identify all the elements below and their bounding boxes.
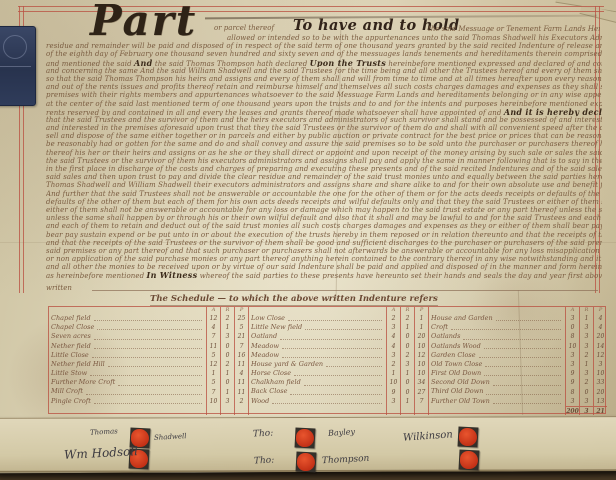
arp-value: 7 [414, 397, 428, 406]
arp-value: 3 [579, 323, 593, 332]
signature: Tho: [254, 455, 275, 466]
parcel-name: Garden Close [428, 351, 565, 360]
parcel-name: House and Garden [428, 314, 565, 323]
arp-value: 1 [220, 369, 234, 378]
arp-value: 10 [414, 369, 428, 378]
arp-value: 4 [386, 342, 400, 351]
arp-value: 9 [386, 388, 400, 397]
parcel-name: Oatlands [428, 332, 565, 341]
schedule-header-row: ARPARPARP [49, 307, 605, 314]
arp-value: 3 [565, 397, 579, 406]
body-line: unless the same shall happen by or throu… [46, 214, 602, 222]
arp-value: 12 [593, 351, 607, 360]
signature: Shadwell [154, 432, 187, 442]
body-line: that the said Trustees and the survivor … [46, 116, 602, 124]
body-line: said sales and then upon trust to pay an… [46, 173, 602, 181]
arp-value: 4 [593, 323, 607, 332]
arp-value [400, 406, 414, 415]
arp-value: 12 [206, 360, 220, 369]
arp-value [386, 406, 400, 415]
arp-value: 2 [400, 351, 414, 360]
parcel-name: Further More Croft [49, 378, 206, 387]
arp-value: 5 [206, 351, 220, 360]
arp-value [234, 406, 248, 415]
arp-value: 20 [593, 332, 607, 341]
arp-value: 16 [234, 351, 248, 360]
arp-value: 10 [414, 342, 428, 351]
arp-value: 34 [414, 378, 428, 387]
arp-value: 1 [579, 360, 593, 369]
spacer [49, 406, 206, 415]
arp-value: 1 [386, 369, 400, 378]
parcel-name: Nether field [49, 342, 206, 351]
parcel-name: Chapel Close [49, 323, 206, 332]
body-line: thereof his her or their heirs and assig… [46, 149, 602, 157]
parcel-name: Back Close [248, 388, 386, 397]
arp-value: 3 [593, 360, 607, 369]
parcel-name: Oatland [248, 332, 386, 341]
parcel-name: Further Old Town [428, 397, 565, 406]
arp-value [206, 406, 220, 415]
arp-value: 1 [414, 314, 428, 323]
body-line: and out of the rents issues and profits … [46, 83, 602, 91]
arp-value: 0 [400, 332, 414, 341]
closing-word: written [46, 284, 72, 292]
parcel-name: House yard & Garden [248, 360, 386, 369]
spacer [248, 307, 386, 314]
arp-column-header: A [386, 307, 400, 314]
parcel-name: Horse Close [248, 369, 386, 378]
deed-body-text: allowed or intended so to be with the ap… [46, 34, 602, 280]
body-line: residue and remainder will be paid and d… [46, 42, 602, 50]
arp-value: 3 [579, 332, 593, 341]
body-line: and interested in the premises aforesaid… [46, 124, 602, 132]
arp-value: 1 [206, 369, 220, 378]
arp-value: 5 [206, 378, 220, 387]
arp-column-header: P [234, 307, 248, 314]
parcel-name: Third Old Down [428, 388, 565, 397]
arp-value: 12 [206, 314, 220, 323]
wax-seal-icon [296, 429, 315, 448]
arp-value: 2 [400, 314, 414, 323]
heading-line-text: the said Messuage or Tenement Farm Lands… [428, 25, 600, 33]
parcel-name: Wood [248, 397, 386, 406]
body-line: in the first place in discharge of the c… [46, 165, 602, 173]
parcel-name: Old Town Close [428, 360, 565, 369]
arp-value: 3 [220, 332, 234, 341]
arp-column-header: R [400, 307, 414, 314]
arp-column-header: R [220, 307, 234, 314]
wax-seal-icon [460, 451, 479, 470]
arp-value: 33 [593, 378, 607, 387]
body-line: allowed or intended so to be with the ap… [46, 34, 602, 42]
body-line: of the eighth day of February one thousa… [46, 50, 602, 58]
parcel-name: Mill Croft [49, 388, 206, 397]
arp-value: 4 [386, 332, 400, 341]
body-line: Thomas Shadwell and William Shadwell the… [46, 181, 602, 189]
arp-value: 11 [234, 388, 248, 397]
arp-value: 3 [565, 360, 579, 369]
scanned-deed-page: Part or parcel thereof To have and to ho… [0, 0, 616, 480]
body-line: and all other the monies to be received … [46, 263, 602, 271]
arp-value: 20 [414, 332, 428, 341]
arp-column-header: A [565, 307, 579, 314]
parcel-name: Chapel field [49, 314, 206, 323]
arp-value: 11 [206, 342, 220, 351]
signature: Tho: [253, 428, 274, 439]
parcel-name: Meadow [248, 351, 386, 360]
parcel-name: Second Old Down [428, 378, 565, 387]
schedule-row: Chapel Close415Little New field311Croft0… [49, 323, 605, 332]
arp-value: 27 [414, 388, 428, 397]
parcel-name: Nether field Hill [49, 360, 206, 369]
spacer [428, 406, 565, 415]
body-line: and that the receipts of the said Truste… [46, 239, 602, 247]
arp-value: 3 [579, 342, 593, 351]
schedule-title: The Schedule — to which the above writte… [150, 294, 438, 306]
body-line: sell and dispose of the same either toge… [46, 132, 602, 140]
parcel-name: Low Close [248, 314, 386, 323]
arp-value: 10 [565, 342, 579, 351]
body-line: defaults of the other of them but each o… [46, 198, 602, 206]
body-line: said premises or any part thereof and th… [46, 247, 602, 255]
arp-value: 0 [565, 323, 579, 332]
arp-value: 3 [565, 351, 579, 360]
body-line: the said Trustees or the survivor of the… [46, 157, 602, 165]
schedule-row: Pingle Croft1032Wood317Further Old Town3… [49, 397, 605, 406]
body-line: be reasonably had or gotten for the same… [46, 140, 602, 148]
arp-value: 3 [386, 351, 400, 360]
wax-seal [295, 451, 316, 472]
arp-value: 1 [220, 323, 234, 332]
arp-value: 9 [565, 378, 579, 387]
arp-value: 2 [579, 378, 593, 387]
arp-value: 7 [206, 332, 220, 341]
schedule-row: Nether field Hill12211House yard & Garde… [49, 360, 605, 369]
arp-value: 4 [593, 314, 607, 323]
spacer [428, 307, 565, 314]
arp-column-header: P [593, 307, 607, 314]
arp-value: 14 [593, 342, 607, 351]
arp-value: 4 [206, 323, 220, 332]
arp-value: 1 [400, 369, 414, 378]
arp-value: 3 [579, 369, 593, 378]
parcel-name: Seven acres [49, 332, 206, 341]
schedule-row: Nether field1107Meadow4010Oatlands Wood1… [49, 342, 605, 351]
arp-value: 1 [400, 397, 414, 406]
arp-value: 0 [400, 378, 414, 387]
spacer [248, 406, 386, 415]
parcel-name: First Old Down [428, 369, 565, 378]
wax-seal-icon [459, 428, 478, 447]
schedule-row: Further More Croft5011Chalkham field1003… [49, 378, 605, 387]
schedule-table: ARPARPARPChapel field12225Low Close221Ho… [48, 306, 606, 414]
body-line: and mentioned the said And the said Thom… [46, 59, 602, 67]
parcel-name: Little New field [248, 323, 386, 332]
arp-value: 0 [400, 388, 414, 397]
arp-value: 200 [565, 406, 579, 415]
arp-value: 0 [400, 342, 414, 351]
arp-value: 12 [414, 351, 428, 360]
arp-value: 0 [220, 342, 234, 351]
parcel-name: Oatlands Wood [428, 342, 565, 351]
wax-seal [458, 449, 479, 470]
parcel-name: Meadow [248, 342, 386, 351]
arp-value: 3 [579, 406, 593, 415]
body-line: bear pay sustain expend or be put unto i… [46, 231, 602, 239]
parcel-name: Little Close [49, 351, 206, 360]
schedule-row: Little Stow114Horse Close1110First Old D… [49, 369, 605, 378]
closing-rule [92, 290, 598, 291]
arp-value: 11 [234, 378, 248, 387]
arp-value: 2 [234, 397, 248, 406]
body-line: either of them shall not be answerable o… [46, 206, 602, 214]
arp-value: 2 [220, 360, 234, 369]
arp-value: 10 [206, 397, 220, 406]
arp-value: 2 [220, 314, 234, 323]
wax-seal [294, 427, 315, 448]
body-line: premises with their rights members and a… [46, 91, 602, 99]
body-line: rents reserved by and contained in all a… [46, 108, 602, 116]
body-line: so that the said Thomas Thompson his hei… [46, 75, 602, 83]
parcel-name: Little Stow [49, 369, 206, 378]
arp-value: 8 [565, 388, 579, 397]
body-line: or non application of the said purchase … [46, 255, 602, 263]
arp-value: 2 [579, 351, 593, 360]
arp-value: 1 [579, 314, 593, 323]
wax-seal-icon [297, 453, 316, 472]
arp-value: 3 [386, 323, 400, 332]
body-line: and each of them to retain and deduct ou… [46, 222, 602, 230]
arp-value: 2 [386, 360, 400, 369]
arp-value: 11 [234, 360, 248, 369]
arp-value: 3 [400, 360, 414, 369]
body-line: at the center of the said last mentioned… [46, 100, 602, 108]
arp-value: 7 [234, 342, 248, 351]
arp-value: 13 [593, 397, 607, 406]
arp-value: 0 [220, 351, 234, 360]
arp-value: 1 [220, 388, 234, 397]
schedule-row: Chapel field12225Low Close221House and G… [49, 314, 605, 323]
arp-value: 7 [206, 388, 220, 397]
arp-column-header: P [414, 307, 428, 314]
arp-column-header: A [206, 307, 220, 314]
arp-value: 8 [565, 332, 579, 341]
arp-column-header: R [579, 307, 593, 314]
arp-value: 1 [400, 323, 414, 332]
wax-seal [457, 426, 478, 447]
arp-value: 1 [414, 323, 428, 332]
duty-stamp [0, 26, 36, 106]
interlined-words: or parcel thereof [214, 24, 274, 32]
schedule-total-row: 200321 [49, 406, 605, 415]
arp-value: 25 [234, 314, 248, 323]
schedule-row: Seven acres7321Oatland4020Oatlands8320 [49, 332, 605, 341]
arp-value: 3 [565, 314, 579, 323]
arp-value [220, 406, 234, 415]
arp-value: 3 [386, 397, 400, 406]
body-line: and concerning the same And the said Wil… [46, 67, 602, 75]
parcel-name: Chalkham field [248, 378, 386, 387]
arp-value [414, 406, 428, 415]
arp-value: 10 [414, 360, 428, 369]
arp-value: 21 [234, 332, 248, 341]
arp-value: 20 [593, 388, 607, 397]
arp-value: 10 [386, 378, 400, 387]
arp-value: 0 [579, 388, 593, 397]
signature: Bayley [328, 427, 356, 438]
arp-value: 10 [593, 369, 607, 378]
arp-value: 21 [593, 406, 607, 415]
parcel-name: Croft [428, 323, 565, 332]
arp-value: 9 [565, 369, 579, 378]
body-line: as hereinbefore mentioned In Witness whe… [46, 271, 602, 279]
parcel-name: Pingle Croft [49, 397, 206, 406]
arp-value: 3 [579, 397, 593, 406]
spacer [49, 307, 206, 314]
schedule-row: Mill Croft7111Back Close9027Third Old Do… [49, 388, 605, 397]
arp-value: 3 [220, 397, 234, 406]
arp-value: 2 [386, 314, 400, 323]
arp-value: 0 [220, 378, 234, 387]
signature: Thomas [90, 427, 118, 436]
schedule-row: Little Close5016Meadow3212Garden Close32… [49, 351, 605, 360]
body-line: And further that the said Trustees shall… [46, 190, 602, 198]
arp-value: 4 [234, 369, 248, 378]
arp-value: 5 [234, 323, 248, 332]
